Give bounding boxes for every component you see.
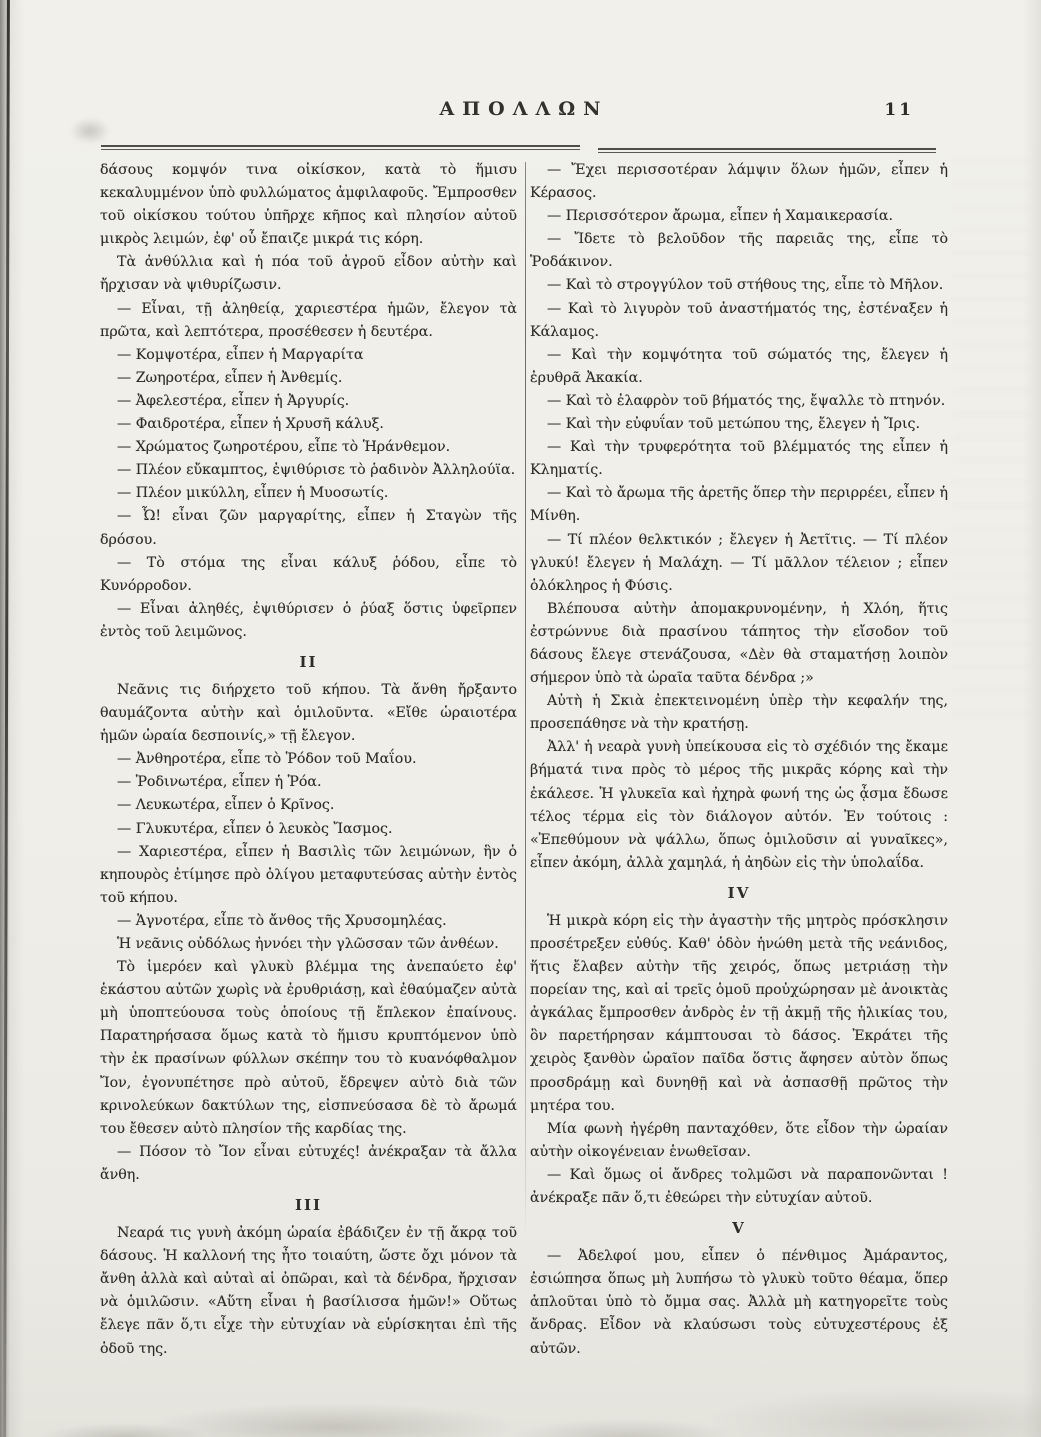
paragraph: Νεαρά τις γυνὴ ἀκόμη ὡραία ἐβάδιζεν ἐν τ… [100, 1222, 517, 1361]
section-heading: IV [530, 882, 948, 905]
dialog-line: — Ἴδετε τὸ βελοῦδον τῆς παρειᾶς της, εἶπ… [530, 228, 948, 274]
dialog-line: — Κομψοτέρα, εἶπεν ἡ Μαργαρίτα [100, 344, 517, 367]
column-divider-rule [525, 162, 526, 1240]
section-heading: III [100, 1194, 517, 1217]
masthead: ΑΠΟΛΛΩΝ 11 [100, 98, 948, 132]
dialog-line: — Χρώματος ζωηροτέρου, εἶπε τὸ Ἡράνθεμον… [100, 436, 517, 459]
text-columns: δάσους κομψόν τινα οἰκίσκον, κατὰ τὸ ἥμι… [100, 159, 948, 1361]
dialog-line: — Χαριεστέρα, εἶπεν ἡ Βασιλὶς τῶν λειμών… [100, 841, 517, 910]
paragraph: Βλέπουσα αὐτὴν ἀπομακρυνομένην, ἡ Χλόη, … [530, 598, 948, 690]
paragraph: Ἡ μικρὰ κόρη εἰς τὴν ἀγαστὴν τῆς μητρὸς … [530, 910, 948, 1118]
dialog-line: — Εἶναι ἀληθές, ἐψιθύρισεν ὁ ῥύαξ ὅστις … [100, 598, 517, 644]
dialog-line: — Καὶ ὅμως οἱ ἄνδρες τολμῶσι νὰ παραπονῶ… [530, 1164, 948, 1210]
scanned-page: { "page": { "title": "ΑΠΟΛΛΩΝ", "page_nu… [0, 0, 1041, 1437]
header-rule-left [101, 145, 580, 150]
dialog-line: — Καὶ τὸ ἄρωμα τῆς ἀρετῆς ὅπερ τὴν περιρ… [530, 482, 948, 528]
dialog-line: — Ὦ! εἶναι ζῶν μαργαρίτης, εἶπεν ἡ Σταγὼ… [100, 505, 517, 551]
paragraph: Ἡ νεᾶνις οὐδόλως ἠννόει τὴν γλῶσσαν τῶν … [100, 933, 517, 956]
dialog-line: — Καὶ τὸ ἐλαφρὸν τοῦ βήματός της, ἔψαλλε… [530, 390, 948, 413]
header-rule-right [598, 148, 936, 153]
paragraph: Νεᾶνις τις διήρχετο τοῦ κήπου. Τὰ ἄνθη ἤ… [100, 679, 517, 748]
dialog-line: — Ἀδελφοί μου, εἶπεν ὁ πένθιμος Ἀμάραντο… [530, 1245, 948, 1360]
dialog-line: — Ἁγνοτέρα, εἶπε τὸ ἄνθος τῆς Χρυσομηλέα… [100, 910, 517, 933]
paragraph: Αὐτὴ ἡ Σκιὰ ἐπεκτεινομένη ὑπὲρ τὴν κεφαλ… [530, 690, 948, 736]
dialog-line: — Καὶ τὴν κομψότητα τοῦ σώματός της, ἔλε… [530, 344, 948, 390]
right-column: — Ἔχει περισσοτέραν λάμψιν ὅλων ἡμῶν, εἶ… [530, 159, 948, 1361]
paragraph: Τὸ ἱμερόεν καὶ γλυκὺ βλέμμα της ἀνεπαύετ… [100, 956, 517, 1141]
dialog-line: — Τὸ στόμα της εἶναι κάλυξ ῥόδου, εἶπε τ… [100, 552, 517, 598]
dialog-line: — Φαιδροτέρα, εἶπεν ἡ Χρυσῆ κάλυξ. [100, 413, 517, 436]
paragraph: δάσους κομψόν τινα οἰκίσκον, κατὰ τὸ ἥμι… [100, 159, 517, 251]
dialog-line: — Ῥοδινωτέρα, εἶπεν ἡ Ῥόα. [100, 771, 517, 794]
left-column: δάσους κομψόν τινα οἰκίσκον, κατὰ τὸ ἥμι… [100, 159, 517, 1361]
dialog-line: — Περισσότερον ἄρωμα, εἶπεν ἡ Χαμαικερασ… [530, 205, 948, 228]
dialog-line: — Καὶ τὸ στρογγύλον τοῦ στήθους της, εἶπ… [530, 274, 948, 297]
dialog-line: — Τί πλέον θελκτικόν ; ἔλεγεν ἡ Ἀετῖτις.… [530, 529, 948, 598]
dialog-line: — Πόσον τὸ Ἴον εἶναι εὐτυχές! ἀνέκραξαν … [100, 1141, 517, 1187]
dialog-line: — Καὶ τὸ λιγυρὸν τοῦ ἀναστήματός της, ἐσ… [530, 298, 948, 344]
dialog-line: — Λευκωτέρα, εἶπεν ὁ Κρῖνος. [100, 794, 517, 817]
dialog-line: — Καὶ τὴν εὐφυΐαν τοῦ μετώπου της, ἔλεγε… [530, 413, 948, 436]
section-heading: V [530, 1217, 948, 1240]
paragraph: Ἀλλ' ἡ νεαρὰ γυνὴ ὑπείκουσα εἰς τὸ σχέδι… [530, 736, 948, 875]
section-heading: II [100, 651, 517, 674]
dialog-line: — Γλυκυτέρα, εἶπεν ὁ λευκὸς Ἴασμος. [100, 818, 517, 841]
dialog-line: — Ἔχει περισσοτέραν λάμψιν ὅλων ἡμῶν, εἶ… [530, 159, 948, 205]
paragraph: Τὰ ἀνθύλλια καὶ ἡ πόα τοῦ ἀγροῦ εἶδον αὐ… [100, 251, 517, 297]
dialog-line: — Ἀφελεστέρα, εἶπεν ἡ Ἀργυρίς. [100, 390, 517, 413]
ink-bleed-through [952, 160, 1030, 720]
dialog-line: — Ζωηροτέρα, εἶπεν ἡ Ἀνθεμίς. [100, 367, 517, 390]
dialog-line: — Πλέον μικύλλη, εἶπεν ἡ Μυοσωτίς. [100, 482, 517, 505]
dialog-line: — Ἀνθηροτέρα, εἶπε τὸ Ῥόδον τοῦ Μαΐου. [100, 748, 517, 771]
paragraph: Μία φωνὴ ἠγέρθη πανταχόθεν, ὅτε εἶδον τὴ… [530, 1118, 948, 1164]
dialog-line: — Καὶ τὴν τρυφερότητα τοῦ βλέμματός της … [530, 436, 948, 482]
dialog-line: — Εἶναι, τῇ ἀληθείᾳ, χαριεστέρα ἡμῶν, ἔλ… [100, 298, 517, 344]
journal-title: ΑΠΟΛΛΩΝ [100, 98, 948, 120]
page-number: 11 [884, 100, 914, 120]
dialog-line: — Πλέον εὔκαμπτος, ἐψιθύρισε τὸ ῥαδινὸν … [100, 459, 517, 482]
